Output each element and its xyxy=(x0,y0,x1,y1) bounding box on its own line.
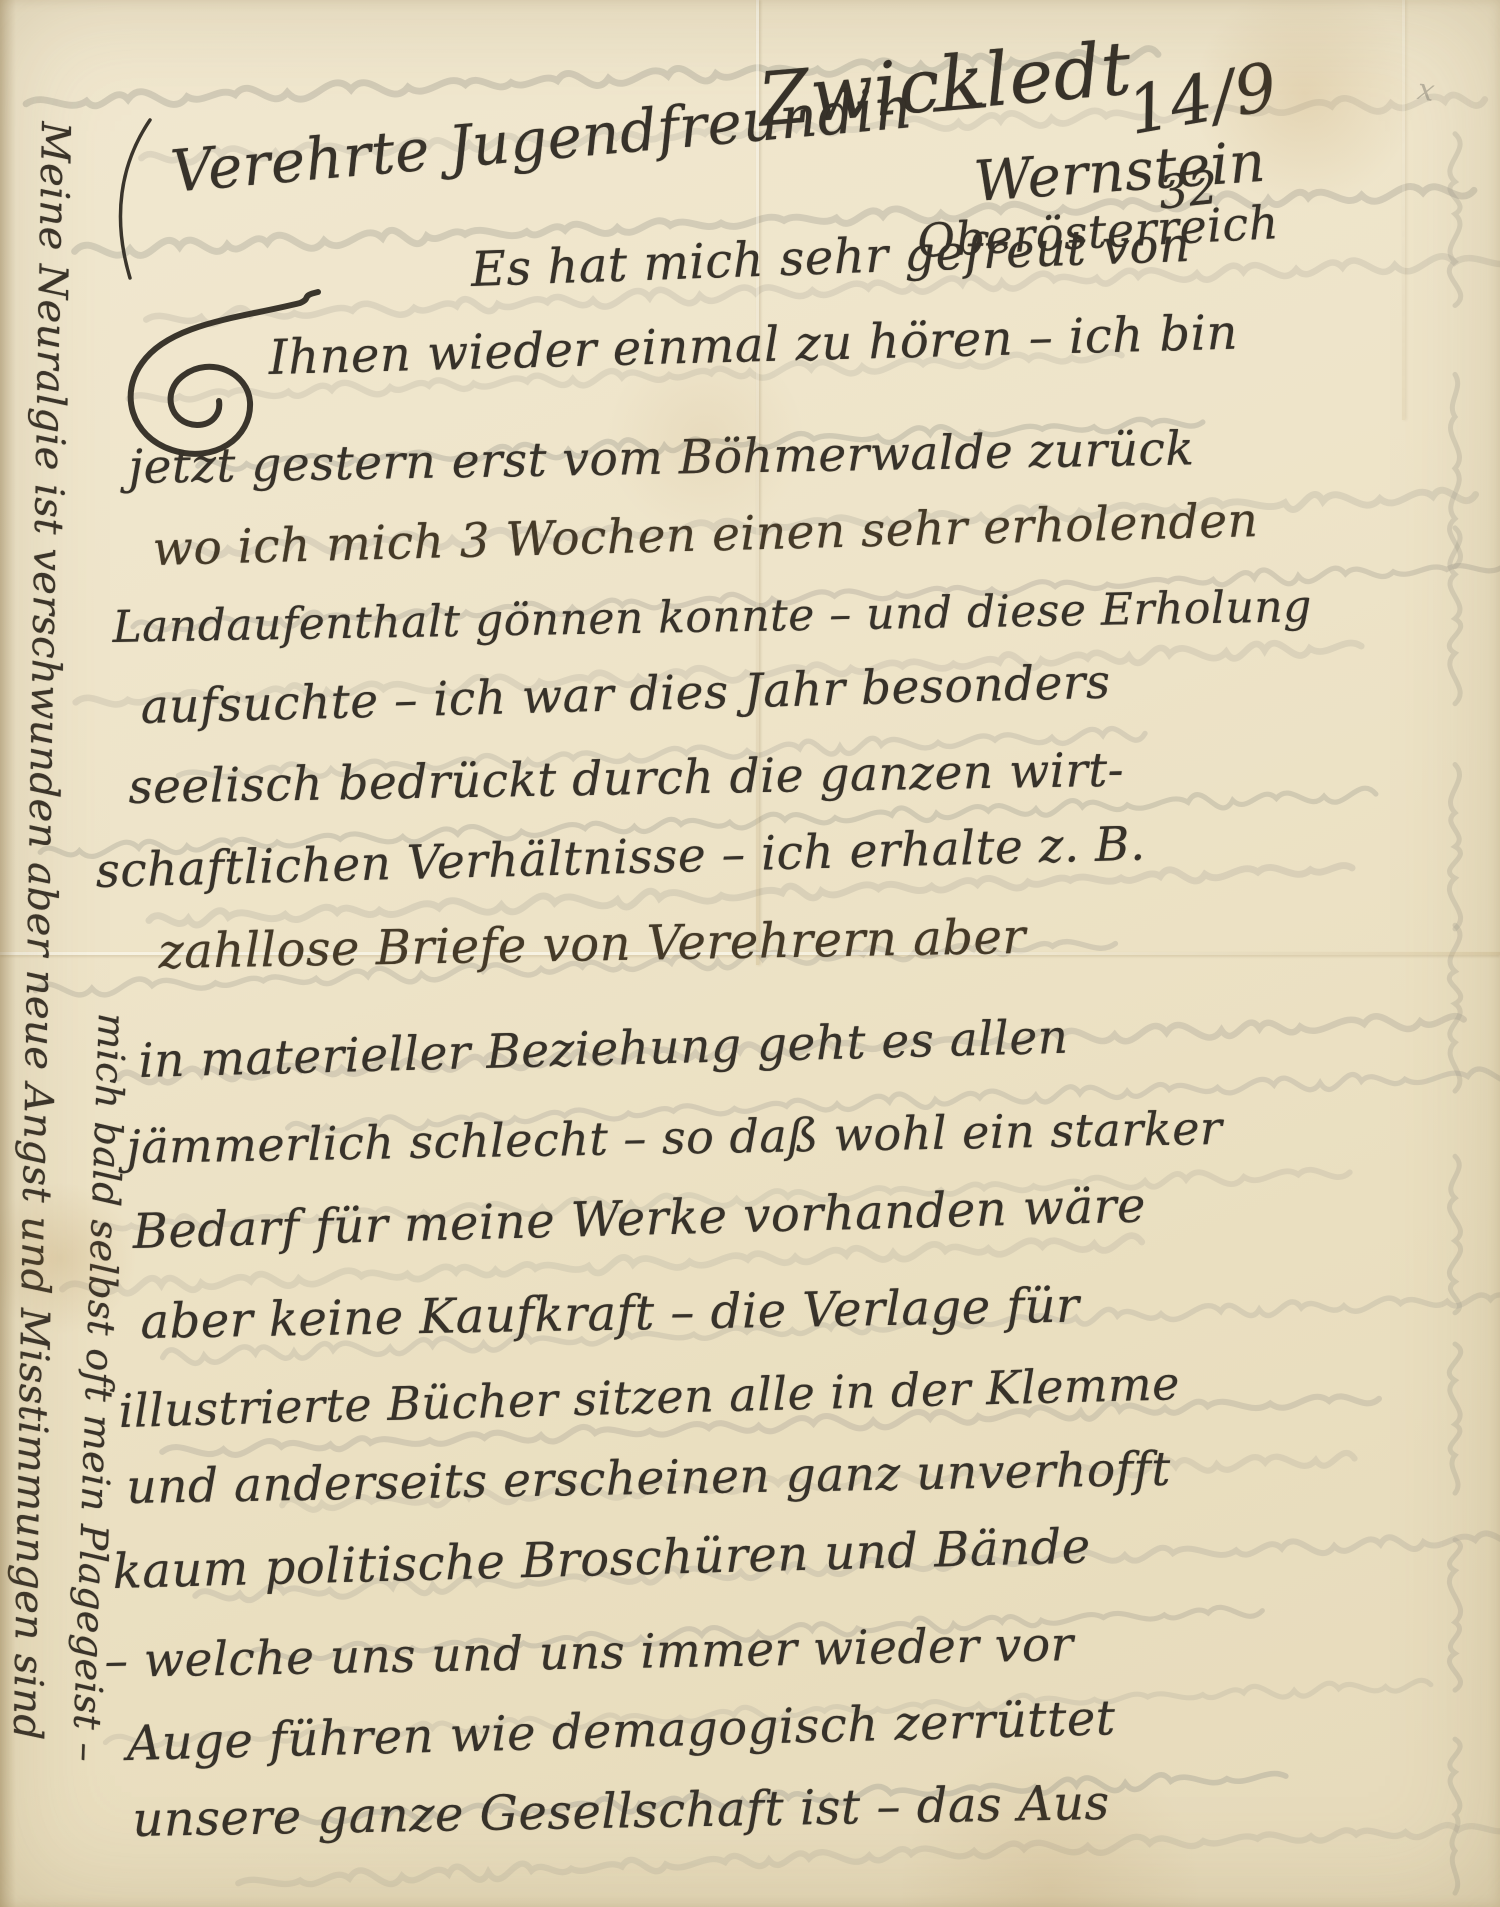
fold-crease-right xyxy=(1402,0,1405,420)
letter-page: Zwickledt 14/9 32 Wernstein Oberösterrei… xyxy=(0,0,1500,1907)
handwriting-line: kaum politische Broschüren und Bände xyxy=(112,1518,1091,1600)
handwriting-line: Auge führen wie demagogisch zerrüttet xyxy=(126,1690,1116,1772)
paper-left-edge-shadow xyxy=(0,0,16,1907)
handwriting-line: illustrierte Bücher sitzen alle in der K… xyxy=(118,1356,1181,1438)
handwriting-line: unsere ganze Gesellschaft ist – das Aus xyxy=(132,1775,1110,1848)
handwriting-line: in materieller Beziehung geht es allen xyxy=(138,1010,1069,1089)
handwriting-line: Es hat mich sehr gefreut von xyxy=(470,217,1191,298)
handwriting-line: aufsuchte – ich war dies Jahr besonders xyxy=(140,655,1111,735)
pencil-corner-mark: x xyxy=(1415,72,1437,109)
handwriting-line: schaftlichen Verhältnisse – ich erhalte … xyxy=(95,817,1146,899)
handwriting-line: und anderseits erscheinen ganz unverhoff… xyxy=(126,1442,1171,1515)
handwriting-line: wo ich mich 3 Wochen einen sehr erholend… xyxy=(152,493,1259,577)
salutation: Verehrte Jugendfreundin — xyxy=(168,66,992,205)
handwriting-line: Ihnen wieder einmal zu hören – ich bin xyxy=(268,305,1239,386)
handwriting-line: seelisch bedrückt durch die ganzen wirt- xyxy=(128,743,1125,815)
handwriting-line: – welche uns und uns immer wieder vor xyxy=(104,1617,1074,1689)
handwriting-line: Landaufenthalt gönnen konnte – und diese… xyxy=(112,581,1312,653)
salutation-flourish xyxy=(104,116,164,286)
handwriting-line: zahllose Briefe von Verehrern aber xyxy=(158,909,1026,980)
handwriting-line: Bedarf für meine Werke vorhanden wäre xyxy=(132,1177,1147,1260)
handwriting-line: jämmerlich schlecht – so daß wohl ein st… xyxy=(126,1101,1223,1174)
handwriting-line: aber keine Kaufkraft – die Verlage für xyxy=(140,1278,1080,1350)
